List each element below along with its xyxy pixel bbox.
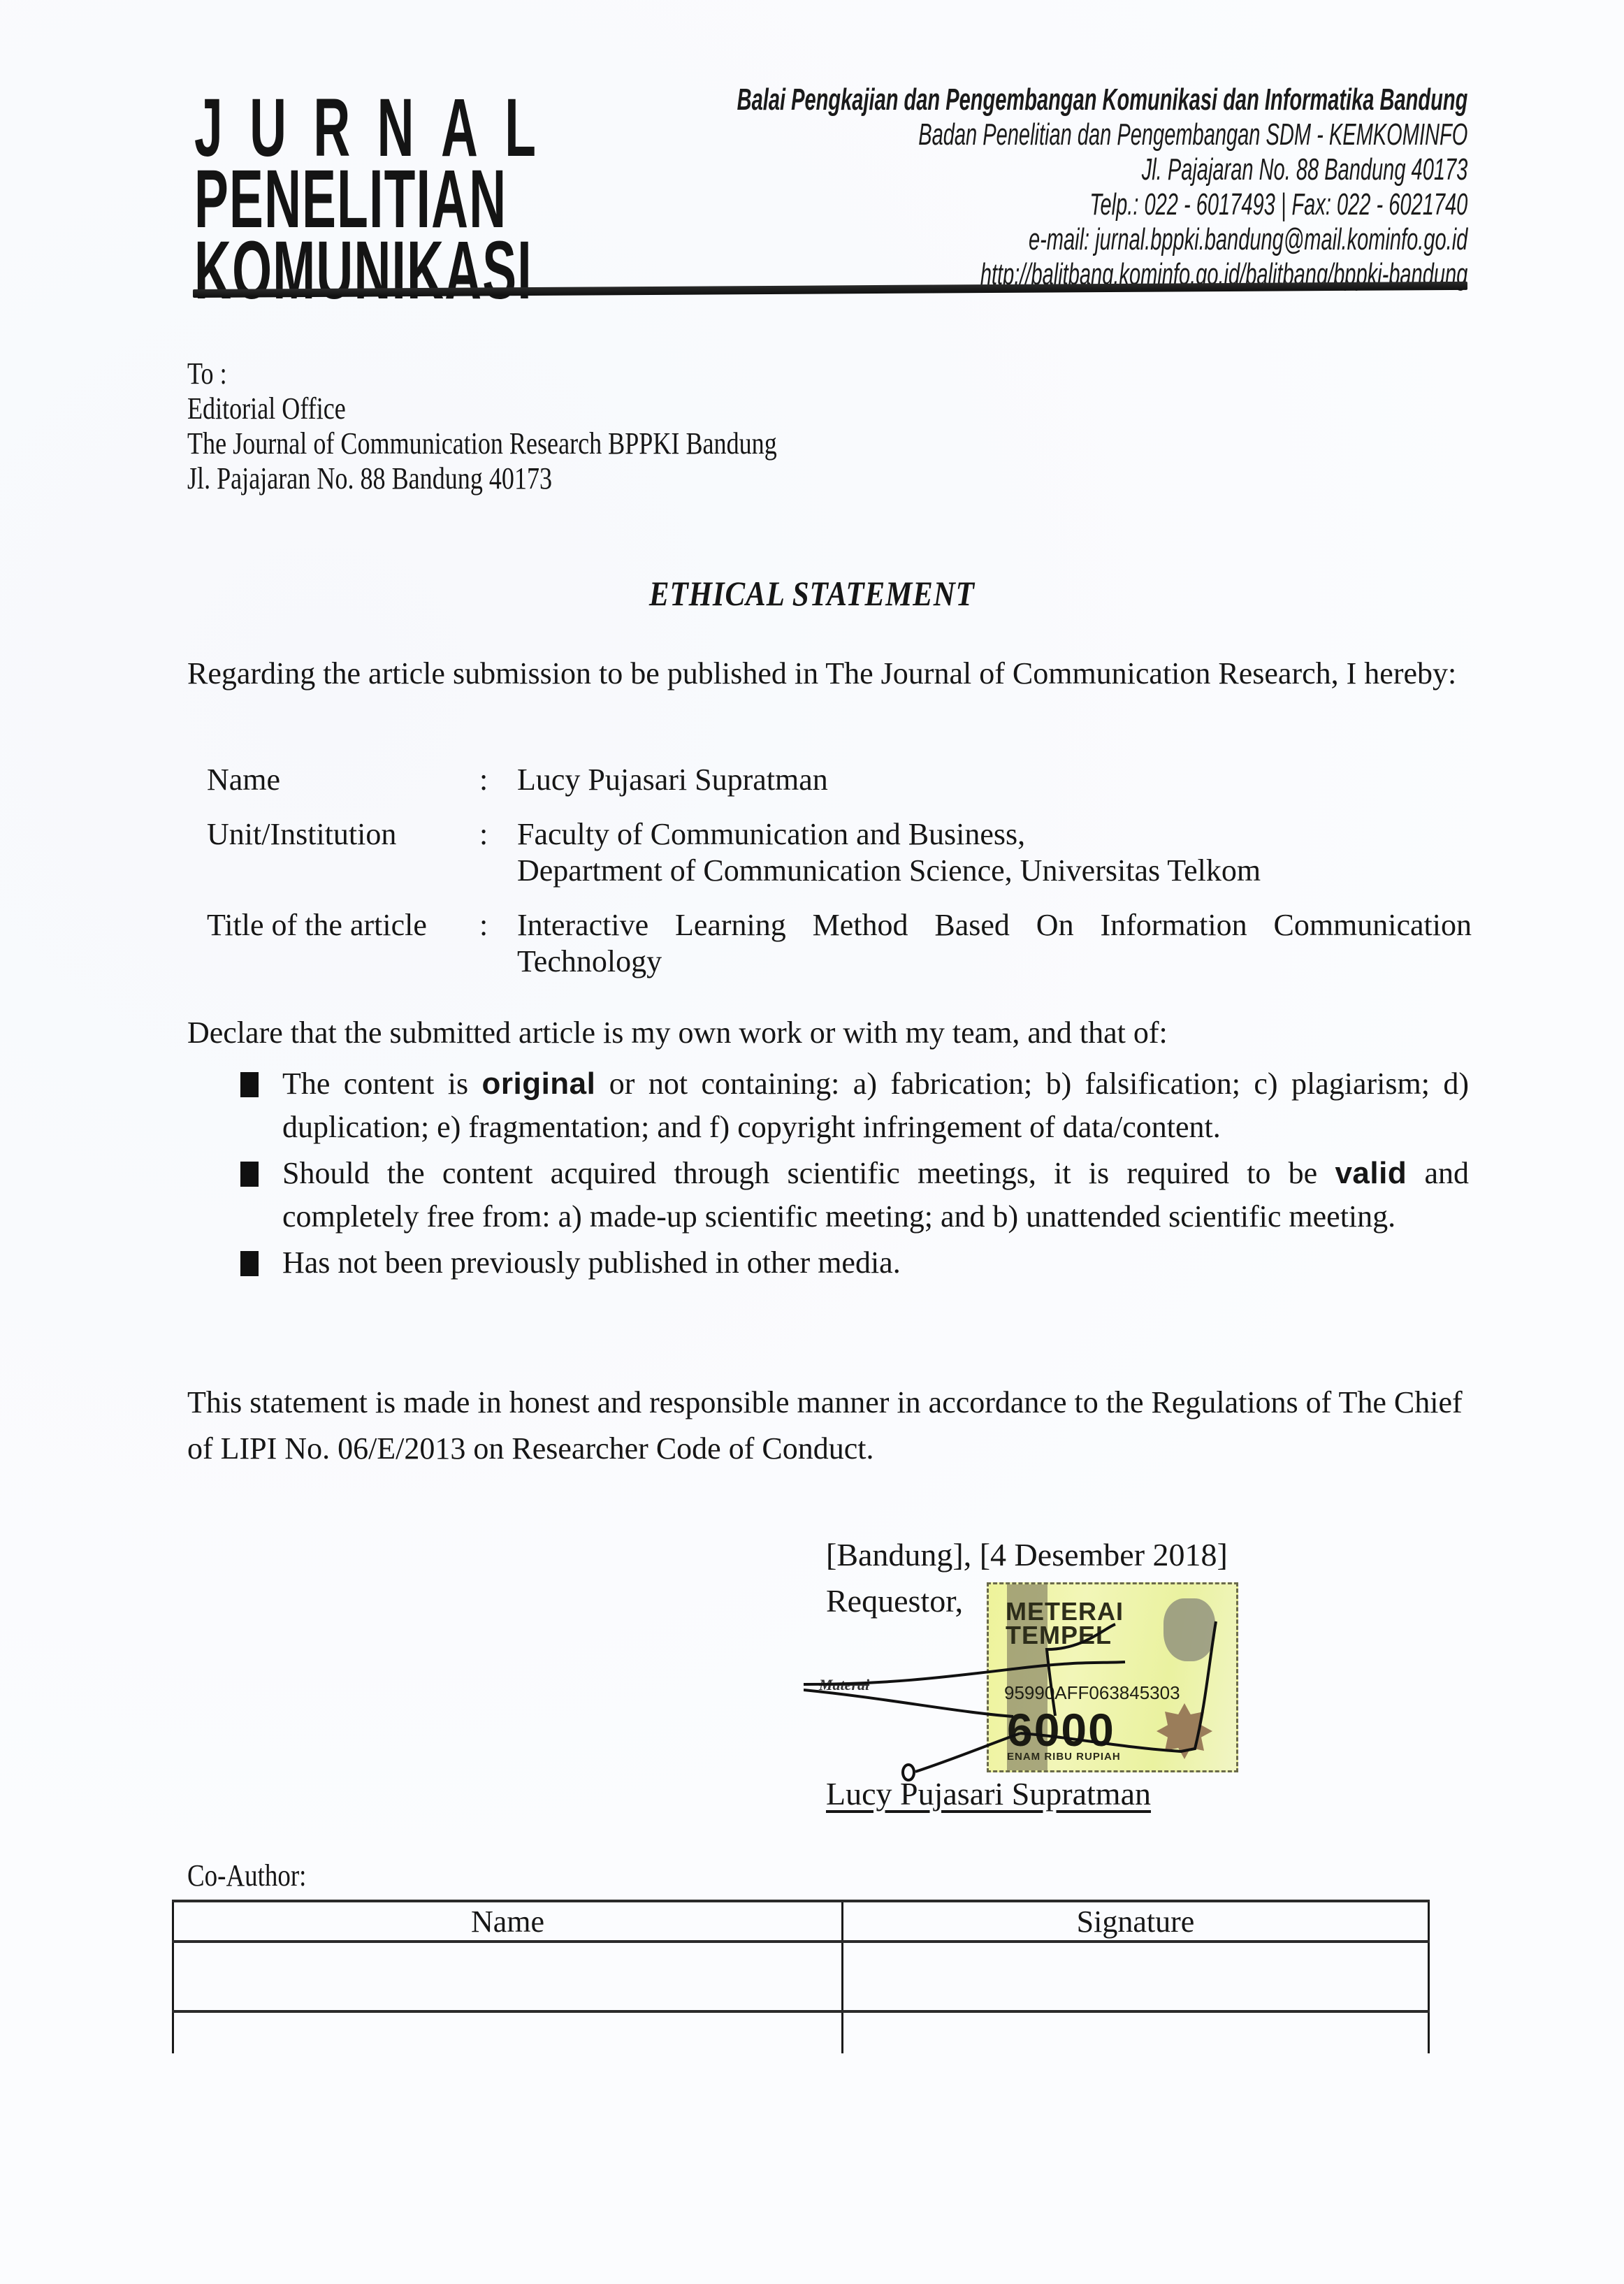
closing-paragraph: This statement is made in honest and res… (187, 1380, 1467, 1472)
org-parent: Badan Penelitian dan Pengembangan SDM - … (737, 117, 1467, 152)
square-bullet-icon (240, 1241, 282, 1285)
column-header-name: Name (173, 1901, 843, 1942)
stamp-value: 6000 (1007, 1703, 1115, 1756)
stamp-value-words: ENAM RIBU RUPIAH (1007, 1751, 1121, 1763)
signer-name: Lucy Pujasari Supratman (826, 1775, 1151, 1812)
addressee-line: Editorial Office (187, 391, 777, 426)
field-name: Name : Lucy Pujasari Supratman (207, 762, 1472, 798)
org-name: Balai Pengkajian dan Pengembangan Komuni… (737, 82, 1467, 117)
addressee-block: To : Editorial Office The Journal of Com… (187, 356, 777, 496)
garuda-emblem-icon (1163, 1598, 1215, 1661)
list-item: Should the content acquired through scie… (240, 1152, 1469, 1238)
field-colon: : (479, 762, 517, 798)
star-seal-icon (1157, 1703, 1212, 1759)
field-article-title: Title of the article : Interactive Learn… (207, 907, 1472, 980)
field-label: Title of the article (207, 907, 479, 980)
addressee-to-label: To : (187, 356, 777, 391)
field-label: Name (207, 762, 479, 798)
letterhead-contact: Balai Pengkajian dan Pengembangan Komuni… (361, 82, 1467, 292)
field-value: Lucy Pujasari Supratman (517, 762, 1472, 798)
table-row (173, 2011, 1429, 2053)
coauthor-name-cell[interactable] (173, 1942, 843, 2011)
table-row (173, 1942, 1429, 2011)
document-title: ETHICAL STATEMENT (0, 573, 1624, 614)
table-header-row: Name Signature (173, 1901, 1429, 1942)
field-value: Interactive Learning Method Based On Inf… (517, 907, 1472, 980)
org-address: Jl. Pajajaran No. 88 Bandung 40173 (737, 152, 1467, 187)
declare-paragraph: Declare that the submitted article is my… (187, 1015, 1467, 1051)
declaration-list: The content is original or not containin… (240, 1062, 1469, 1287)
addressee-line: Jl. Pajajaran No. 88 Bandung 40173 (187, 461, 777, 496)
place-date: [Bandung], [4 Desember 2018] (826, 1535, 1228, 1575)
field-label: Unit/Institution (207, 816, 479, 889)
org-email: e-mail: jurnal.bppki.bandung@mail.kominf… (737, 222, 1467, 257)
coauthor-name-cell[interactable] (173, 2011, 843, 2053)
intro-paragraph: Regarding the article submission to be p… (187, 656, 1467, 692)
list-item: The content is original or not containin… (240, 1062, 1469, 1149)
column-header-signature: Signature (843, 1901, 1429, 1942)
coauthor-table: Name Signature (172, 1900, 1430, 2053)
field-value: Faculty of Communication and Business, D… (517, 816, 1472, 889)
revenue-stamp: METERAI TEMPEL 95990AFF063845303 6000 EN… (987, 1582, 1238, 1772)
field-institution: Unit/Institution : Faculty of Communicat… (207, 816, 1472, 889)
square-bullet-icon (240, 1062, 282, 1149)
addressee-line: The Journal of Communication Research BP… (187, 426, 777, 461)
signature-stamp-label: Materai (819, 1676, 869, 1694)
field-colon: : (479, 907, 517, 980)
coauthor-signature-cell[interactable] (843, 2011, 1429, 2053)
org-phone-fax: Telp.: 022 - 6017493 | Fax: 022 - 602174… (737, 187, 1467, 222)
document-page: JURNAL PENELITIAN KOMUNIKASI Balai Pengk… (0, 0, 1624, 2284)
field-colon: : (479, 816, 517, 889)
square-bullet-icon (240, 1152, 282, 1238)
stamp-title: METERAI TEMPEL (1006, 1600, 1124, 1647)
stamp-serial: 95990AFF063845303 (1004, 1682, 1180, 1704)
coauthor-label: Co-Author: (187, 1858, 306, 1893)
author-fields: Name : Lucy Pujasari Supratman Unit/Inst… (207, 762, 1472, 998)
coauthor-signature-cell[interactable] (843, 1942, 1429, 2011)
list-item: Has not been previously published in oth… (240, 1241, 1469, 1285)
